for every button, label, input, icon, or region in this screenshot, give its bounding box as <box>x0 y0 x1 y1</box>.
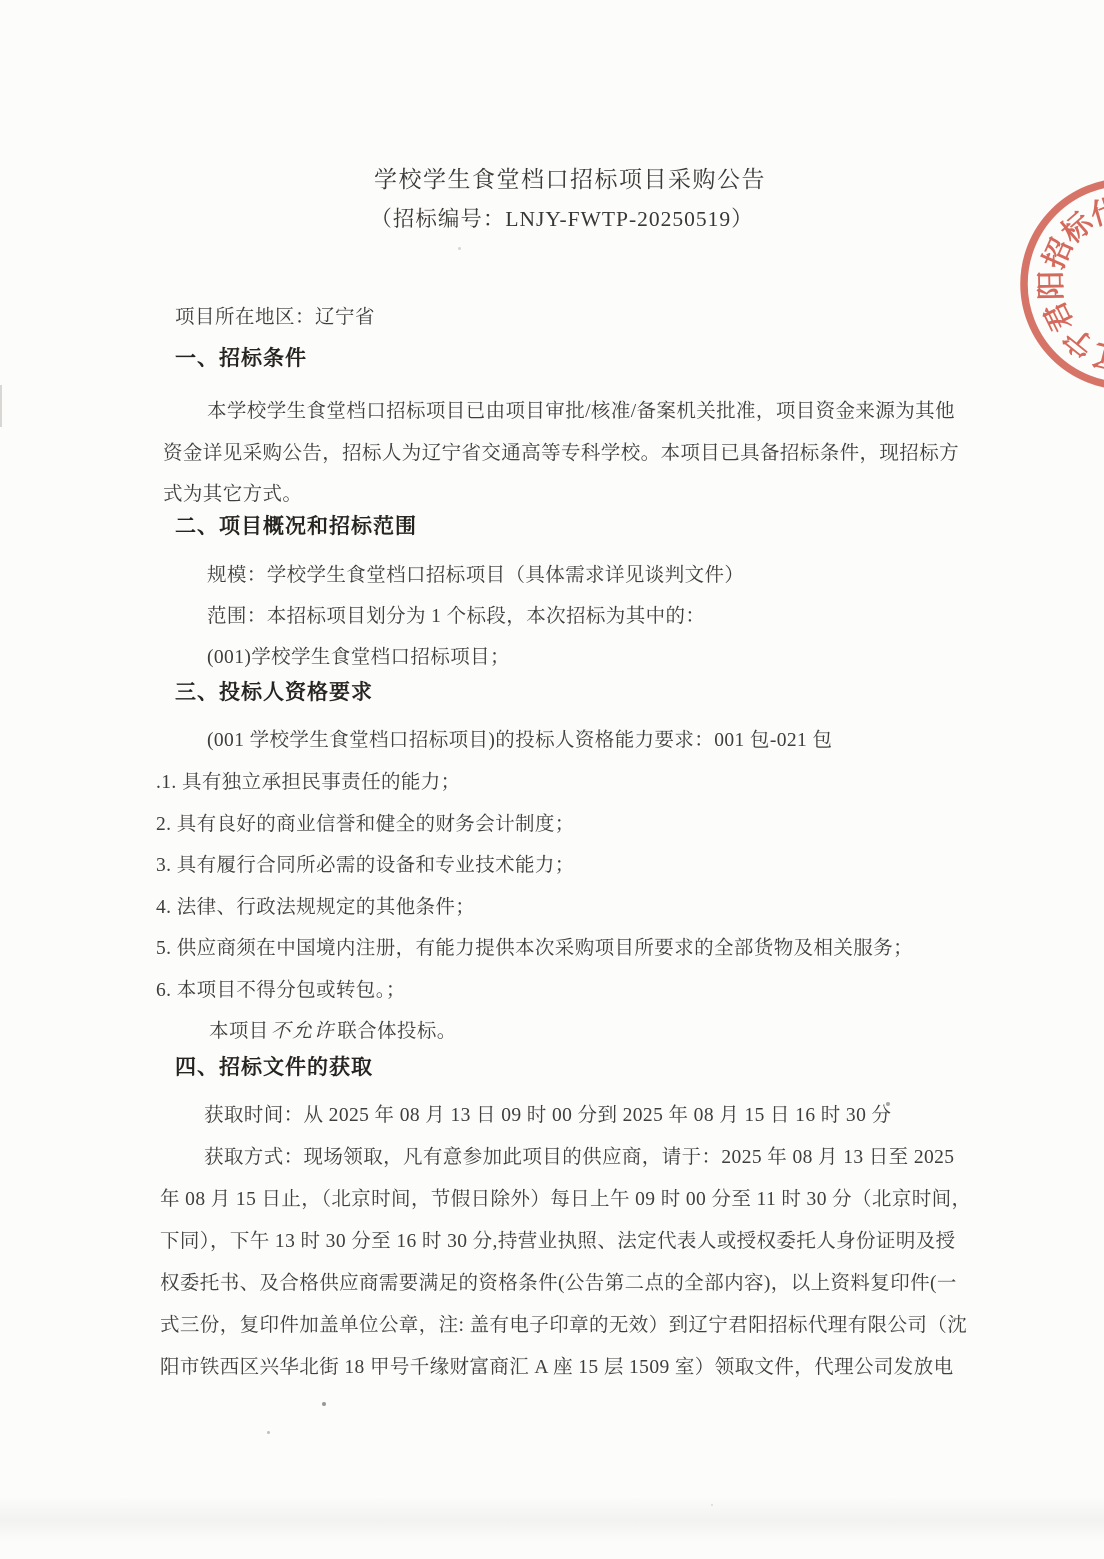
range-line: 范围：本招标项目划分为 1 个标段，本次招标为其中的： <box>207 596 989 637</box>
paragraph-line: 年 08 月 15 日止，（北京时间，节假日除外）每日上午 09 时 00 分至… <box>160 1179 942 1221</box>
joint-suffix: 联合体投标。 <box>337 1021 456 1042</box>
joint-emphasis: 不允许 <box>269 1021 338 1042</box>
joint-venture-note: 本项目不允许联合体投标。 <box>209 1012 457 1052</box>
section-3-heading: 三、投标人资格要求 <box>175 678 373 708</box>
lot-line: (001)学校学生食堂档口招标项目； <box>207 637 989 678</box>
qualification-intro: (001 学校学生食堂档口招标项目)的投标人资格能力要求：001 包-021 包 <box>207 720 989 761</box>
list-item: .1. 具有独立承担民事责任的能力； <box>156 762 938 804</box>
tender-number: （招标编号：LNJY-FWTP-20250519） <box>10 203 1104 235</box>
paragraph-line: 下同），下午 13 时 30 分至 16 时 30 分,持营业执照、法定代表人或… <box>160 1221 942 1263</box>
project-region: 项目所在地区：辽宁省 <box>175 303 375 333</box>
list-item: 6. 本项目不得分包或转包。； <box>156 970 938 1012</box>
scan-speck <box>322 1402 326 1406</box>
section-1-paragraph: 本学校学生食堂档口招标项目已由项目审批/核准/备案机关批准，项目资金来源为其他 … <box>163 391 945 516</box>
scan-edge-artifact <box>0 385 2 427</box>
paragraph-line: 阳市铁西区兴华北街 18 甲号千缘财富商汇 A 座 15 层 1509 室）领取… <box>160 1347 942 1389</box>
paragraph-line: 获取方式：现场领取，凡有意参加此项目的供应商，请于：2025 年 08 月 13… <box>160 1137 942 1179</box>
paragraph-line: 式三份，复印件加盖单位公章，注: 盖有电子印章的无效）到辽宁君阳招标代理有限公司… <box>160 1305 942 1347</box>
company-seal-stamp: 辽宁君阳招标代理有限公司 <box>1002 158 1104 418</box>
list-item: 5. 供应商须在中国境内注册，有能力提供本次采购项目所要求的全部货物及相关服务； <box>156 928 938 970</box>
qualification-list: .1. 具有独立承担民事责任的能力； 2. 具有良好的商业信誉和健全的财务会计制… <box>156 762 938 1012</box>
scan-speck <box>458 247 461 250</box>
svg-text:阳: 阳 <box>1035 271 1069 301</box>
section-4-paragraph: 获取时间：从 2025 年 08 月 13 日 09 时 00 分到 2025 … <box>160 1095 942 1389</box>
section-1-heading: 一、招标条件 <box>175 344 307 374</box>
list-item: 2. 具有良好的商业信誉和健全的财务会计制度； <box>156 804 938 846</box>
scanned-document-page: 学校学生食堂档口招标项目采购公告 （招标编号：LNJY-FWTP-2025051… <box>0 0 1104 1559</box>
paragraph-line: 式为其它方式。 <box>163 474 945 516</box>
paragraph-line: 获取时间：从 2025 年 08 月 13 日 09 时 00 分到 2025 … <box>160 1095 942 1137</box>
list-item: 4. 法律、行政法规规定的其他条件； <box>156 887 938 929</box>
scope-line: 规模：学校学生食堂档口招标项目（具体需求详见谈判文件） <box>207 555 989 596</box>
scan-speck <box>886 1102 890 1106</box>
paragraph-line: 本学校学生食堂档口招标项目已由项目审批/核准/备案机关批准，项目资金来源为其他 <box>163 391 945 433</box>
page-bottom-shadow <box>0 1496 1104 1542</box>
section-2-heading: 二、项目概况和招标范围 <box>175 512 417 542</box>
paragraph-line: 权委托书、及合格供应商需要满足的资格条件(公告第二点的全部内容)，以上资料复印件… <box>160 1263 942 1305</box>
list-item: 3. 具有履行合同所必需的设备和专业技术能力； <box>156 845 938 887</box>
section-4-heading: 四、招标文件的获取 <box>175 1053 373 1083</box>
scan-speck <box>267 1431 270 1434</box>
intro-line: (001 学校学生食堂档口招标项目)的投标人资格能力要求：001 包-021 包 <box>207 720 989 761</box>
page-title: 学校学生食堂档口招标项目采购公告 <box>18 164 1104 196</box>
joint-prefix: 本项目 <box>209 1021 269 1042</box>
section-2-paragraph: 规模：学校学生食堂档口招标项目（具体需求详见谈判文件） 范围：本招标项目划分为 … <box>207 555 989 678</box>
paragraph-line: 资金详见采购公告，招标人为辽宁省交通高等专科学校。本项目已具备招标条件，现招标方 <box>163 433 945 475</box>
